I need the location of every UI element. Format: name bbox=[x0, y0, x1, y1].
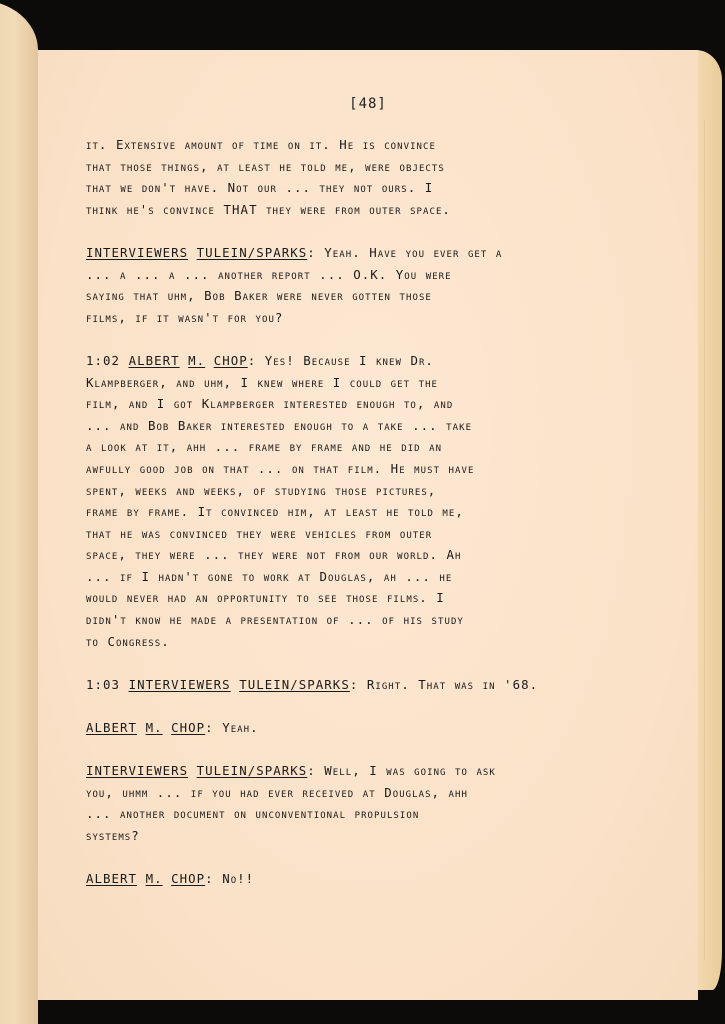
speaker-name: M. bbox=[146, 720, 163, 735]
transcript-body: it. Extensive amount of time on it. He i… bbox=[86, 134, 576, 911]
speaker-name: CHOP bbox=[171, 720, 205, 735]
page-stack-line bbox=[704, 120, 705, 960]
transcript-page: [48] it. Extensive amount of time on it.… bbox=[38, 50, 698, 1000]
speaker-name: INTERVIEWERS bbox=[129, 677, 231, 692]
speaker-name: ALBERT bbox=[86, 871, 137, 886]
paragraph-text: : Yeah. bbox=[205, 720, 258, 735]
page-number: [48] bbox=[38, 96, 698, 112]
speaker-name: M. bbox=[146, 871, 163, 886]
speaker-name: INTERVIEWERS bbox=[86, 763, 188, 778]
paragraph-text: it. Extensive amount of time on it. He i… bbox=[86, 137, 451, 217]
speaker-name: INTERVIEWERS bbox=[86, 245, 188, 260]
facing-page-edge bbox=[0, 0, 38, 1024]
transcript-paragraph: INTERVIEWERS TULEIN/SPARKS: Well, I was … bbox=[86, 760, 576, 846]
speaker-name: CHOP bbox=[171, 871, 205, 886]
transcript-paragraph: it. Extensive amount of time on it. He i… bbox=[86, 134, 576, 220]
transcript-paragraph: ALBERT M. CHOP: No!! bbox=[86, 868, 576, 890]
speaker-name: ALBERT bbox=[86, 720, 137, 735]
transcript-paragraph: 1:02 ALBERT M. CHOP: Yes! Because I knew… bbox=[86, 350, 576, 652]
speaker-name: M. bbox=[188, 353, 205, 368]
paragraph-text: : Yes! Because I knew Dr. Klampberger, a… bbox=[86, 353, 474, 649]
transcript-paragraph: INTERVIEWERS TULEIN/SPARKS: Yeah. Have y… bbox=[86, 242, 576, 328]
timestamp: 1:02 bbox=[86, 353, 129, 368]
speaker-name: TULEIN/SPARKS bbox=[239, 677, 350, 692]
speaker-name: CHOP bbox=[214, 353, 248, 368]
paragraph-text: : Right. That was in '68. bbox=[350, 677, 538, 692]
timestamp: 1:03 bbox=[86, 677, 129, 692]
transcript-paragraph: ALBERT M. CHOP: Yeah. bbox=[86, 717, 576, 739]
paragraph-text: : No!! bbox=[205, 871, 254, 886]
speaker-name: ALBERT bbox=[129, 353, 180, 368]
speaker-name: TULEIN/SPARKS bbox=[197, 245, 308, 260]
transcript-paragraph: 1:03 INTERVIEWERS TULEIN/SPARKS: Right. … bbox=[86, 674, 576, 696]
speaker-name: TULEIN/SPARKS bbox=[197, 763, 308, 778]
